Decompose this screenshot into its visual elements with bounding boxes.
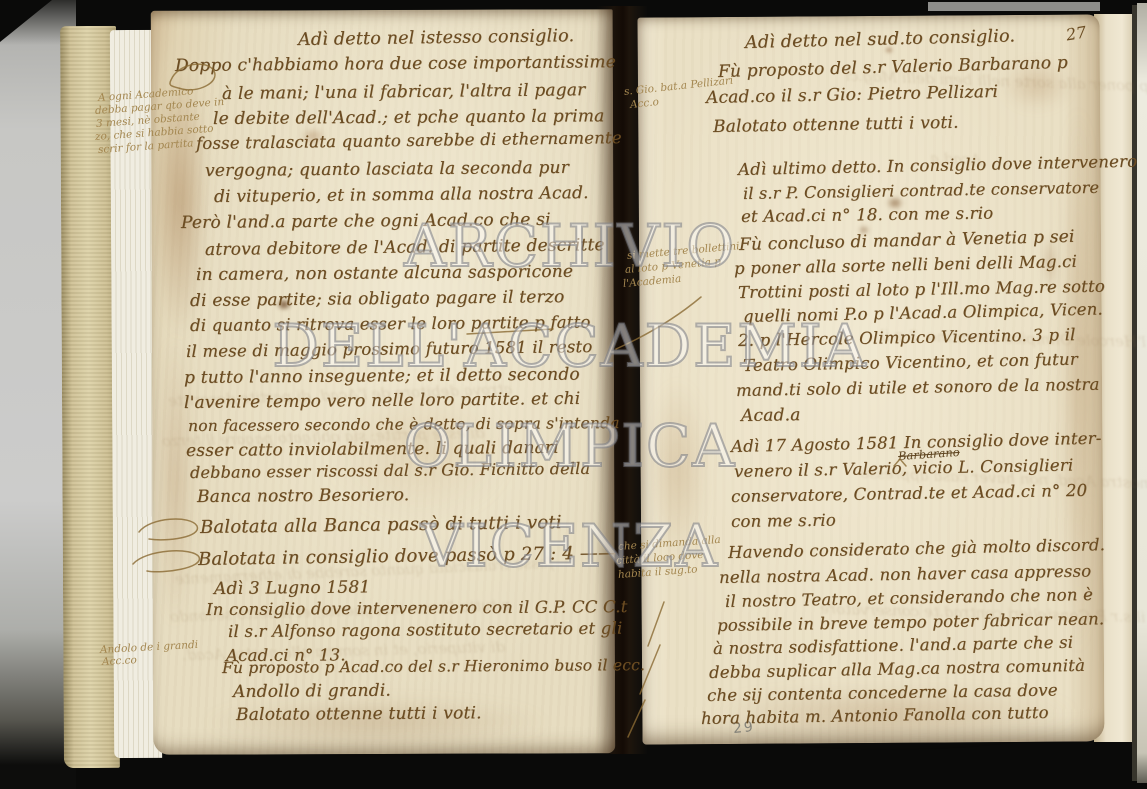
manuscript-line: Fù proposto p Acad.co del s.r Hieronimo … <box>222 656 645 677</box>
manuscript-line: non facessero secondo che è detto, di so… <box>188 414 620 435</box>
manuscript-line: Però l'and.a parte che ogni Acad.co che … <box>181 210 551 233</box>
margin-note-line: Acc.co <box>102 654 137 668</box>
manuscript-line: In consiglio dove intervenenero con il G… <box>206 597 628 619</box>
scanner-band-top-right <box>928 2 1100 11</box>
manuscript-line: con me s.rio <box>731 511 836 531</box>
manuscript-line: Doppo c'habbiamo hora due cose important… <box>175 52 616 76</box>
cover-edge-right <box>1137 3 1147 783</box>
manuscript-line: Acad.a <box>741 405 801 426</box>
manuscript-line: il s.r Alfonso ragona sostituto secretar… <box>228 619 623 641</box>
manuscript-line: et Acad.ci n° 18. con me s.rio <box>741 203 994 226</box>
manuscript-line: di esse partite; sia obligato pagare il … <box>190 287 565 311</box>
manuscript-line: Balotato ottenne tutti i voti. <box>713 113 959 137</box>
manuscript-line: Adì 3 Lugno 1581 <box>214 577 371 599</box>
manuscript-scan: atrova debitore de l'Acad. di partite de… <box>0 0 1147 789</box>
manuscript-line: in camera, non ostante alcuna sasporicon… <box>196 262 573 285</box>
manuscript-line: le debite dell'Acad.; et pche quanto la … <box>213 106 605 129</box>
manuscript-line: Banca nostro Besoriero. <box>197 485 410 507</box>
manuscript-line: Andollo di grandi. <box>233 681 391 702</box>
manuscript-line: di quanto si ritrova esser le loro parti… <box>190 313 591 335</box>
left-page-heading: Adì detto nel istesso consiglio. <box>298 26 575 50</box>
page-number-ink: 27 <box>1065 23 1088 45</box>
manuscript-line: à le mani; l'una il fabricar, l'altra il… <box>222 80 586 104</box>
manuscript-line: l'avenire tempo vero nelle loro partite.… <box>184 389 581 413</box>
manuscript-line: esser catto inviolabilmente. li quali da… <box>186 438 559 461</box>
manuscript-line: p tutto l'anno inseguente; et il detto s… <box>184 365 580 388</box>
manuscript-line: vergogna; quanto lasciata la seconda pur <box>205 158 569 181</box>
manuscript-line: di vituperio, et in somma alla nostra Ac… <box>214 183 589 207</box>
manuscript-line: Balotato ottenne tutti i voti. <box>236 703 482 725</box>
